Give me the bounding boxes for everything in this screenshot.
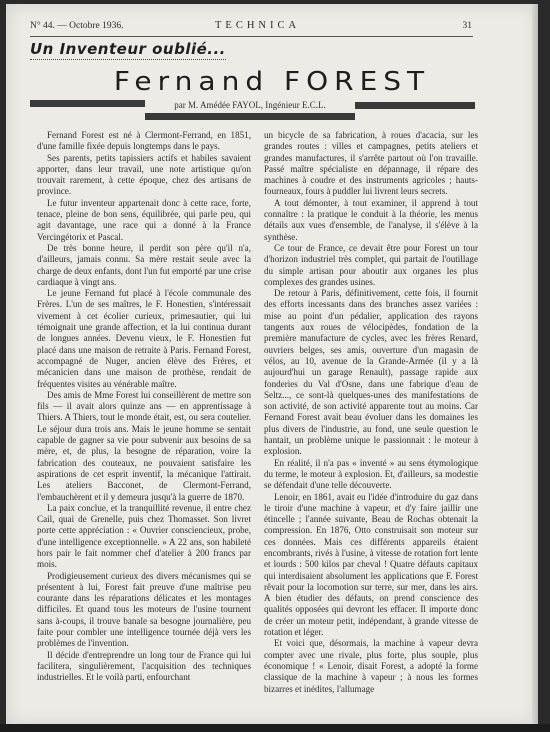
paragraph: De très bonne heure, il perdit son père … [37, 243, 251, 288]
paragraph: La paix conclue, et la tranquillité reve… [37, 503, 251, 571]
page-edge [532, 4, 538, 726]
text-column-left: Fernand Forest est né à Clermont-Ferrand… [37, 130, 251, 684]
article-byline: par M. Amédée FAYOL, Ingénieur E.C.L. [145, 100, 355, 110]
paragraph: Ce tour de France, ce devait être pour F… [264, 243, 478, 288]
article-title: Fernand FOREST [6, 66, 538, 96]
header-rule [30, 36, 473, 37]
paragraph: Fernand Forest est né à Clermont-Ferrand… [37, 130, 251, 153]
paragraph-continued: un bicycle de sa fabrication, à roues d'… [264, 130, 478, 198]
paragraph: Lenoir, en 1861, avait eu l'idée d'intro… [264, 492, 478, 639]
decorative-bar-left [30, 100, 145, 107]
paragraph: Prodigieusement curieux des divers mécan… [37, 571, 251, 650]
paragraph: Ses parents, petits tapissiers actifs et… [37, 153, 251, 198]
paragraph: En réalité, il n'a pas « inventé » au se… [264, 458, 478, 492]
running-header: N° 44. — Octobre 1936. TECHNICA 31 [30, 21, 472, 35]
paragraph: De retour à Paris, définitivement, cette… [264, 288, 478, 457]
journal-name: TECHNICA [215, 20, 300, 31]
paragraph: Le futur inventeur appartenait donc à ce… [37, 198, 251, 243]
text-column-right: un bicycle de sa fabrication, à roues d'… [264, 130, 478, 695]
issue-number: N° 44. — Octobre 1936. [30, 21, 124, 31]
article-kicker: Un Inventeur oublié... [30, 40, 226, 60]
paragraph: A tout démonter, à tout examiner, il app… [264, 198, 478, 243]
decorative-bar-right [355, 102, 475, 109]
paragraph: Et voici que, désormais, la machine à va… [264, 638, 478, 694]
scan-border [0, 724, 550, 732]
page-number: 31 [463, 21, 473, 31]
paragraph: Des amis de Mme Forest lui conseillèrent… [37, 390, 251, 503]
magazine-page: N° 44. — Octobre 1936. TECHNICA 31 Un In… [6, 4, 538, 726]
decorative-bar-center [145, 113, 355, 120]
paragraph: Il décide d'entreprendre un long tour de… [37, 650, 251, 684]
paragraph: Le jeune Fernand fut placé à l'école com… [37, 288, 251, 390]
